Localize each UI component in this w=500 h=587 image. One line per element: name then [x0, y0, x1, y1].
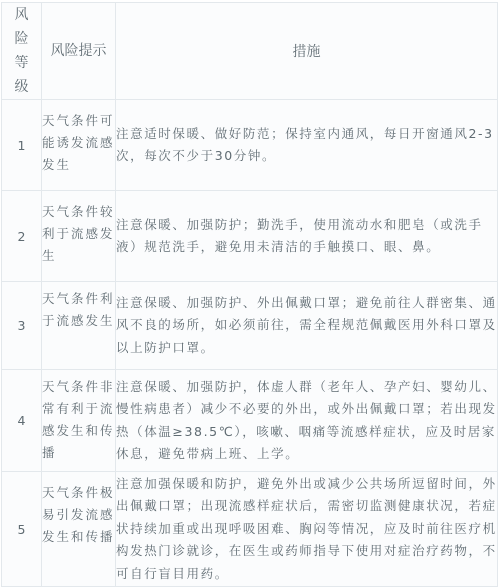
table-row: 1 天气条件可能诱发流感发生 注意适时保暖、做好防范；保持室内通风，每日开窗通风… [2, 100, 498, 191]
measures-cell: 注意保暖、加强防护、外出佩戴口罩；避免前往人群密集、通风不良的场所，如必须前往，… [116, 282, 498, 370]
risk-level-cell: 1 [2, 100, 42, 191]
flu-risk-table: 风 险 等 级 风险提示 措施 1 天气条件可能诱发流感发生 注意适时保暖、做好… [1, 2, 498, 539]
risk-level-cell: 3 [2, 282, 42, 370]
risk-tip-cell: 天气条件极易引发流感发生和传播 [42, 472, 116, 540]
header-risk-level: 风 险 等 级 [2, 3, 42, 100]
table-row: 2 天气条件较利于流感发生 注意保暖、加强防护；勤洗手，使用流动水和肥皂（或洗手… [2, 191, 498, 282]
measures-cell: 注意适时保暖、做好防范；保持室内通风，每日开窗通风2-3次，每次不少于30分钟。 [116, 100, 498, 191]
table-row: 5 天气条件极易引发流感发生和传播 注意加强保暖和防护，避免外出或减少公共场所逗… [2, 472, 498, 540]
table-header-row: 风 险 等 级 风险提示 措施 [2, 3, 498, 100]
header-char: 风 [2, 3, 41, 27]
risk-level-cell: 5 [2, 472, 42, 540]
header-risk-tip: 风险提示 [42, 3, 116, 100]
measures-cell: 注意保暖、加强防护；勤洗手，使用流动水和肥皂（或洗手液）规范洗手，避免用未清洁的… [116, 191, 498, 282]
risk-level-cell: 2 [2, 191, 42, 282]
header-char: 级 [2, 75, 41, 99]
risk-level-cell: 4 [2, 370, 42, 472]
header-char: 险 [2, 27, 41, 51]
header-char: 等 [2, 51, 41, 75]
header-measures: 措施 [116, 3, 498, 100]
table-row: 3 天气条件利于流感发生 注意保暖、加强防护、外出佩戴口罩；避免前往人群密集、通… [2, 282, 498, 370]
risk-tip-cell: 天气条件可能诱发流感发生 [42, 100, 116, 191]
risk-tip-cell: 天气条件利于流感发生 [42, 282, 116, 370]
measures-cell: 注意加强保暖和防护，避免外出或减少公共场所逗留时间，外出佩戴口罩；出现流感样症状… [116, 472, 498, 540]
risk-tip-cell: 天气条件非常有利于流感发生和传播 [42, 370, 116, 472]
measures-cell: 注意保暖、加强防护，体虚人群（老年人、孕产妇、婴幼儿、慢性病患者）减少不必要的外… [116, 370, 498, 472]
risk-tip-cell: 天气条件较利于流感发生 [42, 191, 116, 282]
table-row: 4 天气条件非常有利于流感发生和传播 注意保暖、加强防护，体虚人群（老年人、孕产… [2, 370, 498, 472]
